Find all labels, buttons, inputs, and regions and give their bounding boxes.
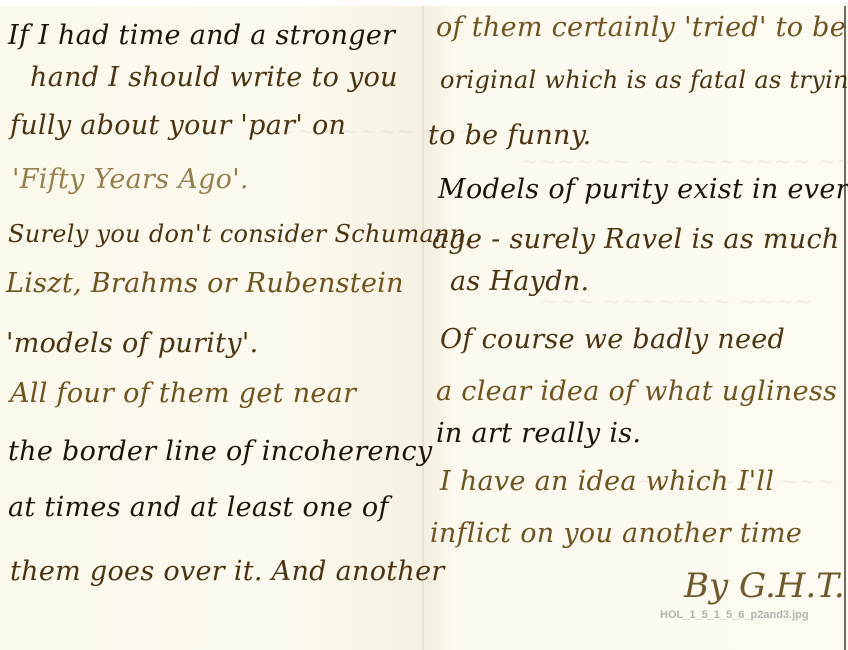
- left-line-7: 'models of purity'.: [6, 330, 258, 357]
- left-line-6: Liszt, Brahms or Rubenstein: [6, 270, 404, 297]
- page-fold: [422, 6, 424, 650]
- right-line-7: Of course we badly need: [440, 326, 785, 353]
- right-line-4: Models of purity exist in every: [438, 176, 848, 203]
- right-line-10: I have an idea which I'll: [440, 468, 774, 495]
- right-line-9: in art really is.: [436, 420, 641, 447]
- left-line-4: 'Fifty Years Ago'.: [12, 166, 249, 193]
- left-line-8: All four of them get near: [10, 380, 356, 407]
- right-line-6: as Haydn.: [450, 268, 589, 295]
- right-line-1: of them certainly 'tried' to be: [436, 14, 846, 41]
- filename-label: HOL_1_5_1_5_6_p2and3.jpg: [660, 608, 840, 622]
- page-right-edge: [844, 6, 846, 650]
- right-line-11: inflict on you another time: [430, 520, 802, 547]
- right-line-8: a clear idea of what ugliness: [436, 378, 837, 405]
- left-line-1: If I had time and a stronger: [8, 22, 395, 49]
- left-line-9: the border line of incoherency: [8, 438, 432, 465]
- left-line-2: hand I should write to you: [30, 64, 398, 91]
- left-line-11: them goes over it. And another: [10, 558, 445, 585]
- right-line-2: original which is as fatal as trying: [440, 68, 848, 92]
- right-line-3: to be funny.: [428, 122, 592, 149]
- signature: By G.H.T.: [684, 566, 845, 606]
- left-line-3: fully about your 'par' on: [10, 112, 346, 139]
- left-line-10: at times and at least one of: [8, 494, 389, 521]
- left-line-5: Surely you don't consider Schumann,: [8, 222, 474, 246]
- right-line-5: age - surely Ravel is as much one: [432, 226, 848, 253]
